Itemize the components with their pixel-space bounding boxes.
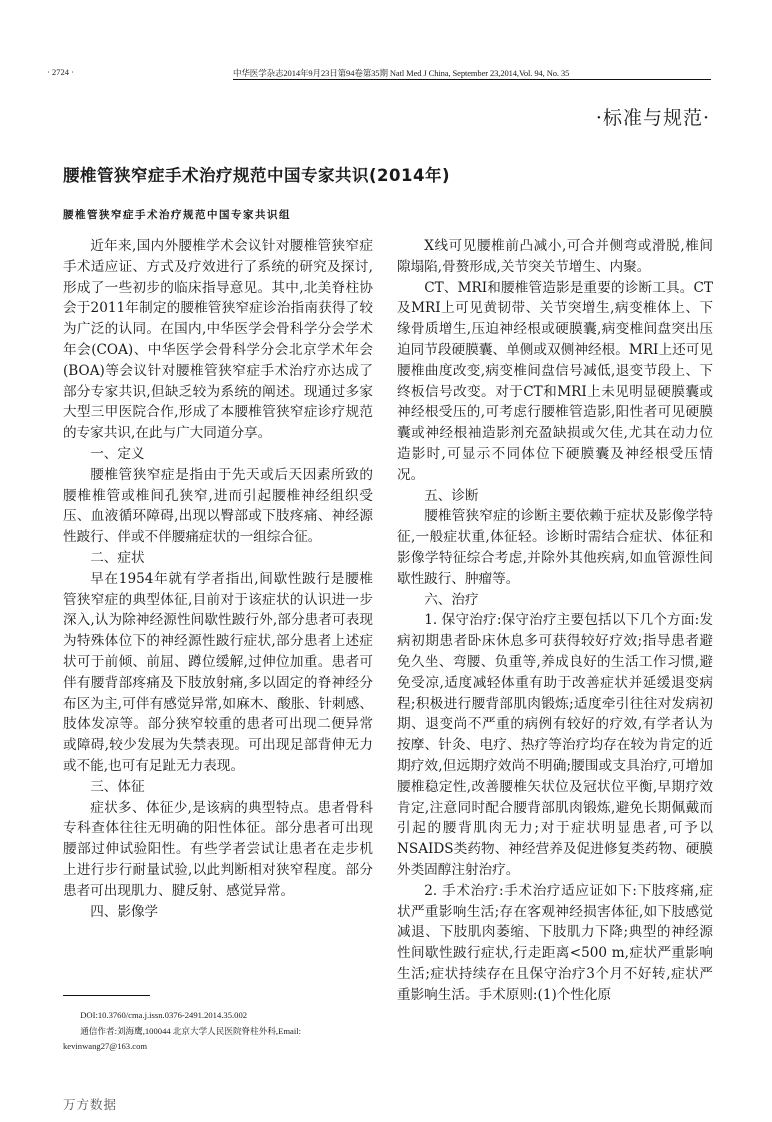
page-number: · 2724 · bbox=[47, 67, 74, 77]
symptoms-paragraph: 早在1954年就有学者指出,间歇性跛行是腰椎管狭窄症的典型体征,目前对于该症状的… bbox=[63, 569, 373, 777]
section-heading-imaging: 四、影像学 bbox=[63, 902, 373, 923]
section-heading-symptoms: 二、症状 bbox=[63, 548, 373, 569]
right-column: X线可见腰椎前凸减小,可合并侧弯或滑脱,椎间隙塌陷,骨赘形成,关节突关节增生、内… bbox=[397, 236, 713, 1005]
left-column: 近年来,国内外腰椎学术会议针对腰椎管狭窄症手术适应证、方式及疗效进行了系统的研究… bbox=[63, 236, 373, 922]
imaging-xray-paragraph: X线可见腰椎前凸减小,可合并侧弯或滑脱,椎间隙塌陷,骨赘形成,关节突关节增生、内… bbox=[397, 236, 713, 278]
journal-citation: 中华医学杂志2014年9月23日第94卷第35期 Natl Med J Chin… bbox=[233, 67, 711, 80]
footnote-divider bbox=[63, 995, 150, 996]
author-email[interactable]: kevinwang27@163.com bbox=[63, 1039, 375, 1055]
watermark: 万方数据 bbox=[63, 1095, 117, 1113]
section-tag: ·标准与规范· bbox=[596, 103, 710, 130]
section-heading-treatment: 六、治疗 bbox=[397, 590, 713, 611]
section-heading-definition: 一、定义 bbox=[63, 444, 373, 465]
section-heading-diagnosis: 五、诊断 bbox=[397, 486, 713, 507]
corresponding-author: 通信作者:刘海鹰,100044 北京大学人民医院脊柱外科,Email: bbox=[63, 1024, 375, 1040]
section-heading-signs: 三、体征 bbox=[63, 777, 373, 798]
doi: DOI:10.3760/cma.j.issn.0376-2491.2014.35… bbox=[63, 1008, 375, 1024]
intro-paragraph: 近年来,国内外腰椎学术会议针对腰椎管狭窄症手术适应证、方式及疗效进行了系统的研究… bbox=[63, 236, 373, 444]
definition-paragraph: 腰椎管狭窄症是指由于先天或后天因素所致的腰椎椎管或椎间孔狭窄,进而引起腰椎神经组… bbox=[63, 465, 373, 548]
footnotes: DOI:10.3760/cma.j.issn.0376-2491.2014.35… bbox=[63, 1008, 375, 1055]
conservative-treatment-paragraph: 1. 保守治疗:保守治疗主要包括以下几个方面:发病初期患者卧床休息多可获得较好疗… bbox=[397, 610, 713, 880]
imaging-ct-mri-paragraph: CT、MRI和腰椎管造影是重要的诊断工具。CT及MRI上可见黄韧带、关节突增生,… bbox=[397, 278, 713, 486]
diagnosis-paragraph: 腰椎管狭窄症的诊断主要依赖于症状及影像学特征,一般症状重,体征轻。诊断时需结合症… bbox=[397, 506, 713, 589]
article-title: 腰椎管狭窄症手术治疗规范中国专家共识(2014年) bbox=[63, 162, 450, 186]
running-head: · 2724 · 中华医学杂志2014年9月23日第94卷第35期 Natl M… bbox=[0, 67, 772, 83]
article-authors: 腰椎管狭窄症手术治疗规范中国专家共识组 bbox=[63, 207, 291, 222]
surgical-treatment-paragraph: 2. 手术治疗:手术治疗适应证如下:下肢疼痛,症状严重影响生活;存在客观神经损害… bbox=[397, 881, 713, 1006]
signs-paragraph: 症状多、体征少,是该病的典型特点。患者骨科专科查体往往无明确的阳性体征。部分患者… bbox=[63, 798, 373, 902]
